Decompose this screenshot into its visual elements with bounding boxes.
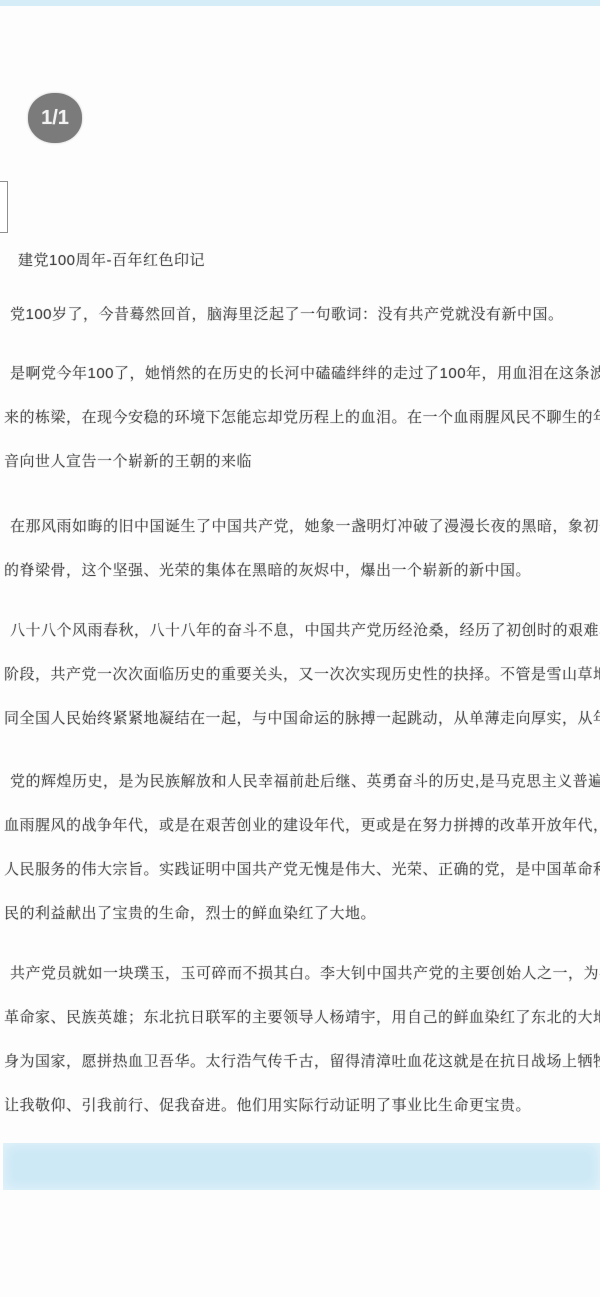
bottom-highlight-bar	[3, 1143, 600, 1190]
doc-text-line: 党的辉煌历史，是为民族解放和人民幸福前赴后继、英勇奋斗的历史,是马克思主义普遍原…	[10, 772, 600, 792]
doc-text-line: 来的栋梁，在现今安稳的环境下怎能忘却党历程上的血泪。在一个血雨腥风民不聊生的年代…	[4, 408, 600, 428]
doc-text-line: 党100岁了，今昔蓦然回首，脑海里泛起了一句歌词：没有共产党就没有新中国。	[10, 305, 564, 325]
page-indicator-badge: 1/1	[28, 93, 82, 143]
left-edge-textbox	[0, 181, 8, 233]
doc-title: 建党100周年-百年红色印记	[18, 251, 205, 271]
doc-text-line: 民的利益献出了宝贵的生命，烈士的鲜血染红了大地。	[4, 904, 376, 924]
doc-text-line: 血雨腥风的战争年代，或是在艰苦创业的建设年代，更或是在努力拼搏的改革开放年代，无…	[4, 816, 600, 836]
doc-text-line: 让我敬仰、引我前行、促我奋进。他们用实际行动证明了事业比生命更宝贵。	[4, 1096, 531, 1116]
doc-text-line: 阶段，共产党一次次面临历史的重要关头，又一次次实现历史性的抉择。不管是雪山草地大…	[4, 665, 600, 685]
doc-text-line: 共产党员就如一块璞玉，玉可碎而不损其白。李大钊中国共产党的主要创始人之一，为在我…	[10, 964, 600, 984]
doc-text-line: 同全国人民始终紧紧地凝结在一起，与中国命运的脉搏一起跳动，从单薄走向厚实，从年轻…	[4, 709, 600, 729]
doc-text-line: 是啊党今年100了，她悄然的在历史的长河中磕磕绊绊的走过了100年，用血泪在这条…	[10, 364, 600, 384]
doc-text-line: 革命家、民族英雄；东北抗日联军的主要领导人杨靖宇，用自己的鲜血染红了东北的大地。…	[4, 1008, 600, 1028]
page-indicator-label: 1/1	[41, 107, 69, 130]
top-edge-strip	[0, 0, 600, 6]
doc-text-line: 身为国家，愿拼热血卫吾华。太行浩气传千古，留得清漳吐血花这就是在抗日战场上牺牲的…	[4, 1052, 600, 1072]
doc-text-line: 人民服务的伟大宗旨。实践证明中国共产党无愧是伟大、光荣、正确的党，是中国革命和建…	[4, 860, 600, 880]
doc-text-line: 八十八个风雨春秋，八十八年的奋斗不息，中国共产党历经沧桑，经历了初创时的艰难、北…	[10, 621, 600, 641]
doc-text-line: 的脊梁骨，这个坚强、光荣的集体在黑暗的灰烬中，爆出一个崭新的新中国。	[4, 561, 531, 581]
doc-text-line: 在那风雨如晦的旧中国诞生了中国共产党，她象一盏明灯冲破了漫漫长夜的黑暗，象初升的…	[10, 517, 600, 537]
doc-text-line: 音向世人宣告一个崭新的王朝的来临	[4, 452, 252, 472]
document-page: { "viewer": { "page_indicator": "1/1" },…	[0, 0, 600, 1297]
